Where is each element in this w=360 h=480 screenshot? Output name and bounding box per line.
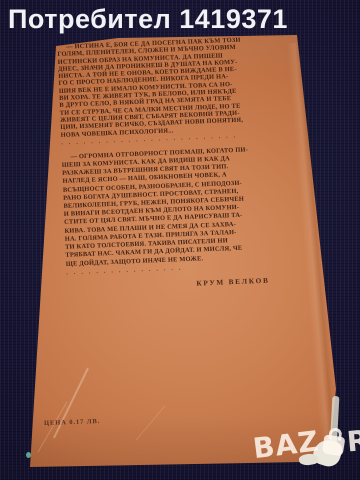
bazar-watermark: BAZ R: [252, 427, 360, 461]
listing-photo[interactable]: — ИСТИНА Е, БОЯ СЕ ДА ПОСЕГНА ПАК КЪМ ТО…: [0, 0, 360, 480]
watermark-text-end: R: [346, 427, 360, 457]
back-cover-text-block: — ИСТИНА Е, БОЯ СЕ ДА ПОСЕГНА ПАК КЪМ ТО…: [57, 36, 272, 293]
teal-speck: [26, 452, 31, 458]
user-id-overlay: Потребител 1419371: [8, 4, 288, 35]
shopping-bag-icon: [322, 434, 346, 456]
watermark-text-start: BAZ: [252, 427, 321, 463]
quote-paragraph-1: — ИСТИНА Е, БОЯ СЕ ДА ПОСЕГНА ПАК КЪМ ТО…: [57, 36, 266, 139]
quote-paragraph-2: — ОГРОМНА ОТГОВОРНОСТ ПОЕМАШ, КОГАТО ПИ-…: [61, 146, 270, 269]
